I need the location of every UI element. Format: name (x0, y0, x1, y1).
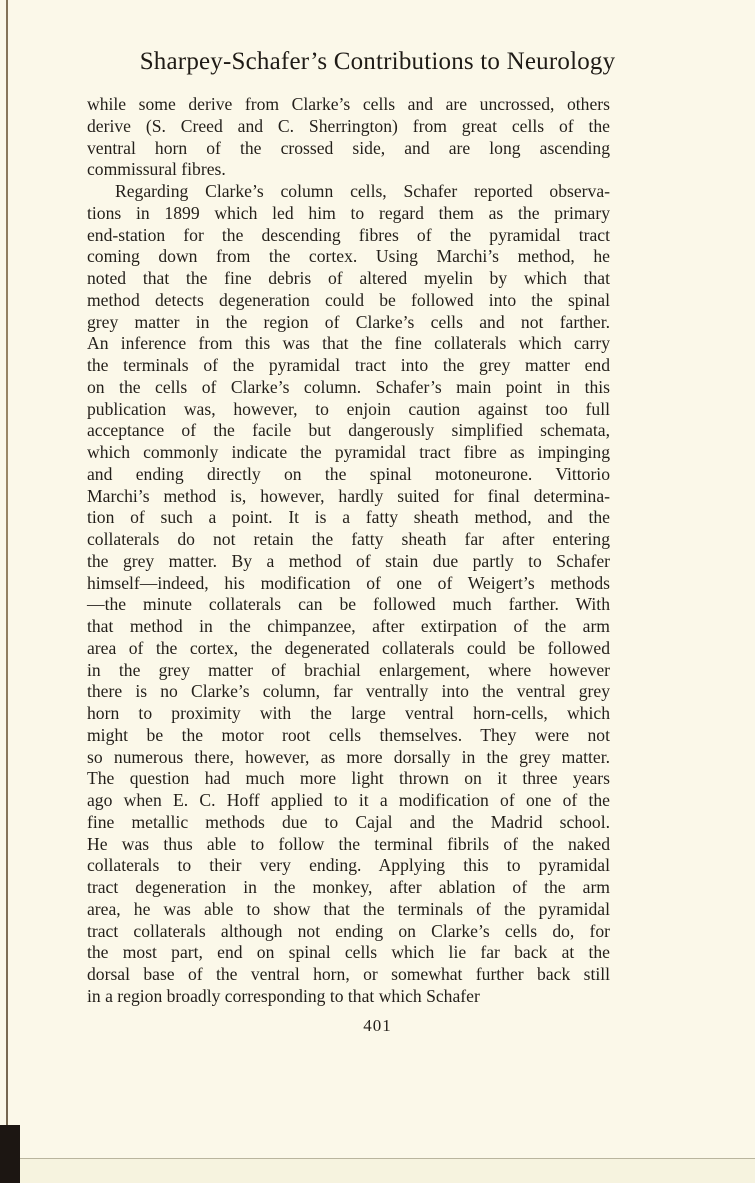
text-line: himself—indeed, his modification of one … (87, 573, 610, 595)
text-line: so numerous there, however, as more dors… (87, 747, 610, 769)
page-number: 401 (0, 1016, 755, 1036)
text-line: which commonly indicate the pyramidal tr… (87, 442, 610, 464)
text-line: ago when E. C. Hoff applied to it a modi… (87, 790, 610, 812)
text-line: tion of such a point. It is a fatty shea… (87, 507, 610, 529)
text-line: the grey matter. By a method of stain du… (87, 551, 610, 573)
running-head: Sharpey-Schafer’s Contributions to Neuro… (0, 48, 755, 76)
text-line: tions in 1899 which led him to regard th… (87, 203, 610, 225)
text-line: The question had much more light thrown … (87, 768, 610, 790)
text-line: while some derive from Clarke’s cells an… (87, 94, 610, 116)
text-line: commissural fibres. (87, 159, 610, 181)
text-line: end-station for the descending fibres of… (87, 225, 610, 247)
text-line: coming down from the cortex. Using March… (87, 246, 610, 268)
paragraph: while some derive from Clarke’s cells an… (87, 94, 610, 181)
text-line: tract collaterals although not ending on… (87, 921, 610, 943)
paragraph: Regarding Clarke’s column cells, Schafer… (87, 181, 610, 1008)
text-line: He was thus able to follow the terminal … (87, 834, 610, 856)
text-line: there is no Clarke’s column, far ventral… (87, 681, 610, 703)
text-line: area of the cortex, the degenerated coll… (87, 638, 610, 660)
text-line: on the cells of Clarke’s column. Schafer… (87, 377, 610, 399)
text-line: and ending directly on the spinal motone… (87, 464, 610, 486)
text-line: area, he was able to show that the termi… (87, 899, 610, 921)
text-line: collaterals to their very ending. Applyi… (87, 855, 610, 877)
next-page-edge (20, 1158, 755, 1183)
text-line: noted that the fine debris of altered my… (87, 268, 610, 290)
text-line: fine metallic methods due to Cajal and t… (87, 812, 610, 834)
text-line: that method in the chimpanzee, after ext… (87, 616, 610, 638)
binding-edge (6, 0, 8, 1150)
text-line: An inference from this was that the fine… (87, 333, 610, 355)
text-line: the terminals of the pyramidal tract int… (87, 355, 610, 377)
text-line: in the grey matter of brachial enlargeme… (87, 660, 610, 682)
text-line: publication was, however, to enjoin caut… (87, 399, 610, 421)
text-line: method detects degeneration could be fol… (87, 290, 610, 312)
text-line: in a region broadly corresponding to tha… (87, 986, 610, 1008)
text-line: collaterals do not retain the fatty shea… (87, 529, 610, 551)
text-line: Marchi’s method is, however, hardly suit… (87, 486, 610, 508)
text-line: grey matter in the region of Clarke’s ce… (87, 312, 610, 334)
text-line: derive (S. Creed and C. Sherrington) fro… (87, 116, 610, 138)
text-line: dorsal base of the ventral horn, or some… (87, 964, 610, 986)
text-line: Regarding Clarke’s column cells, Schafer… (87, 181, 610, 203)
book-page: Sharpey-Schafer’s Contributions to Neuro… (0, 0, 755, 1160)
text-line: the most part, end on spinal cells which… (87, 942, 610, 964)
text-line: tract degeneration in the monkey, after … (87, 877, 610, 899)
spine-shadow (0, 1125, 20, 1183)
text-line: acceptance of the facile but dangerously… (87, 420, 610, 442)
body-text: while some derive from Clarke’s cells an… (87, 94, 610, 1008)
text-line: horn to proximity with the large ventral… (87, 703, 610, 725)
text-line: —the minute collaterals can be followed … (87, 594, 610, 616)
text-line: might be the motor root cells themselves… (87, 725, 610, 747)
text-line: ventral horn of the crossed side, and ar… (87, 138, 610, 160)
